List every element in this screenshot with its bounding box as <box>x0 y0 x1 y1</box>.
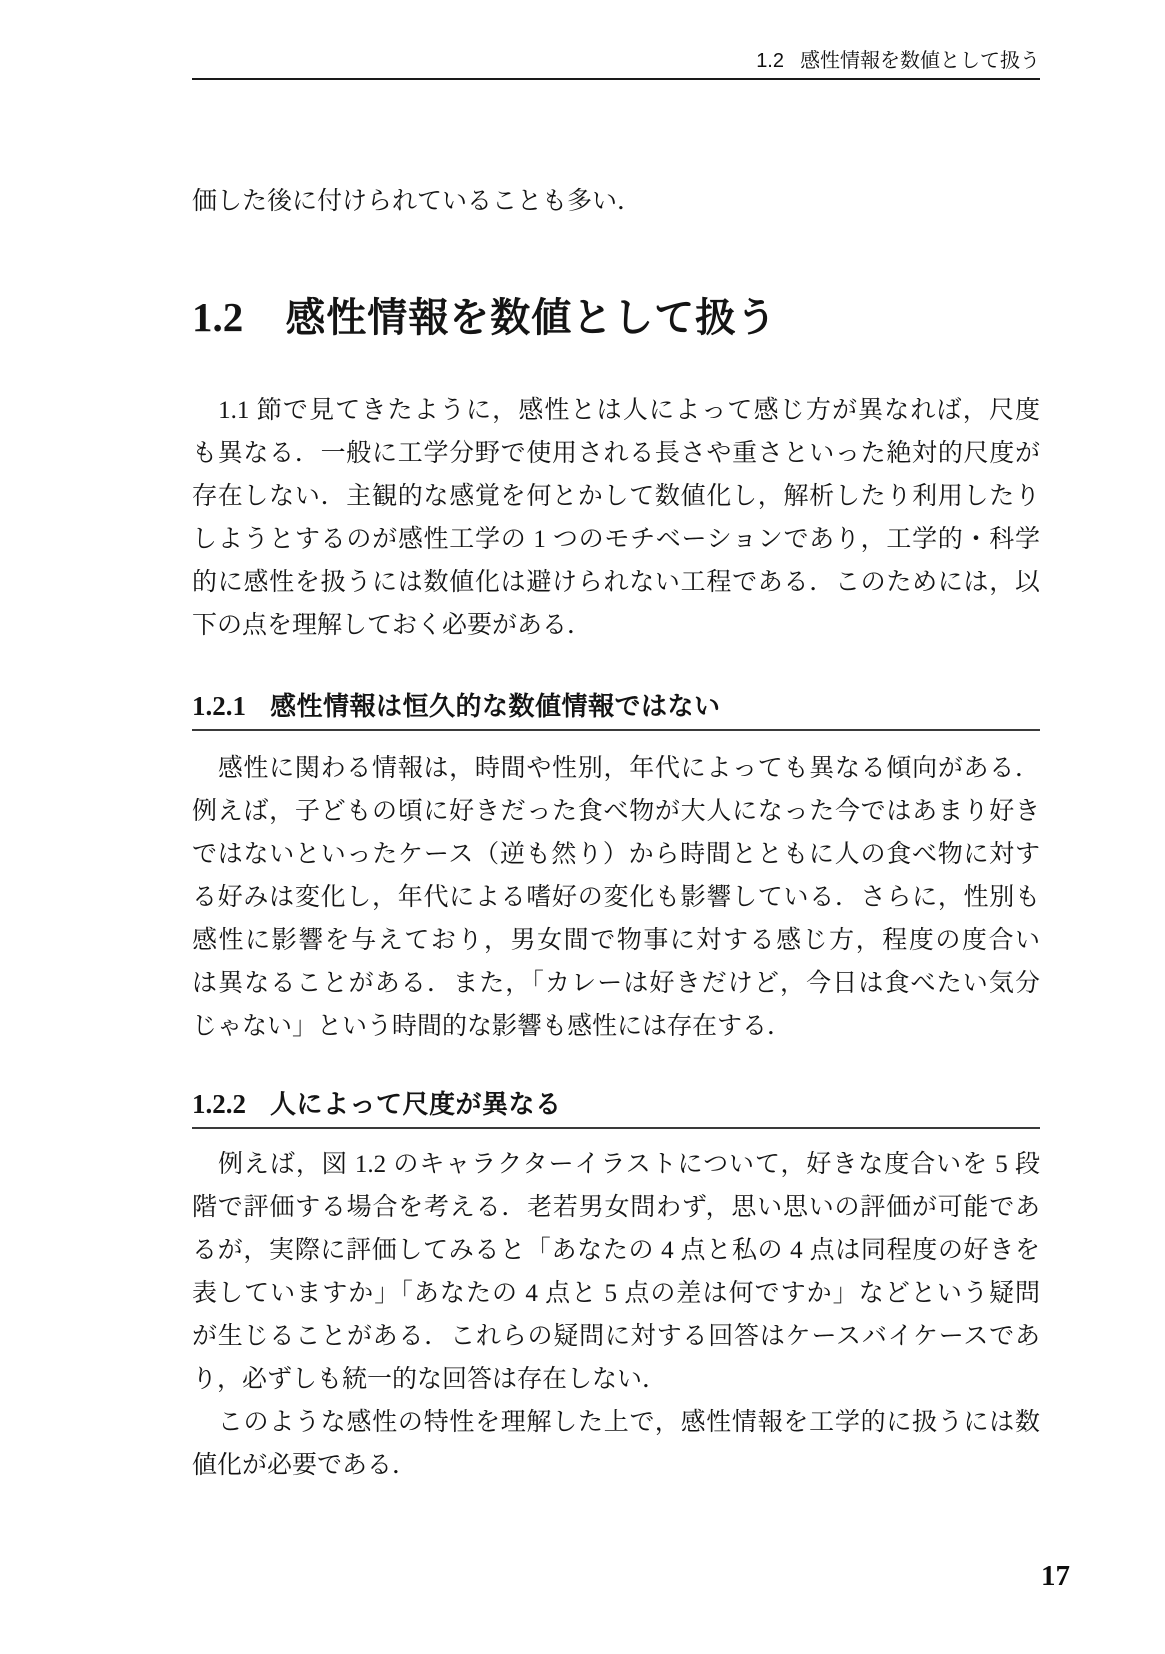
text-line: 1.1 節で見てきたように，感性とは人によって感じ方が異なれば，尺度 <box>192 389 1040 432</box>
paragraph: 1.1 節で見てきたように，感性とは人によって感じ方が異なれば，尺度も異なる．一… <box>192 389 1040 647</box>
text-line: 例えば，子どもの頃に好きだった食べ物が大人になった今ではあまり好き <box>192 790 1040 833</box>
text-line: しようとするのが感性工学の 1 つのモチベーションであり，工学的・科学 <box>192 518 1040 561</box>
text-line: 的に感性を扱うには数値化は避けられない工程である．このためには，以 <box>192 561 1040 604</box>
text-line: るが，実際に評価してみると「あなたの 4 点と私の 4 点は同程度の好きを <box>192 1229 1040 1272</box>
text-line: 階で評価する場合を考える．老若男女問わず，思い思いの評価が可能であ <box>192 1186 1040 1229</box>
running-header: 1.2感性情報を数値として扱う <box>192 46 1040 76</box>
text-line: 表していますか」「あなたの 4 点と 5 点の差は何ですか」などという疑問 <box>192 1272 1040 1315</box>
page-number: 17 <box>192 1560 1070 1593</box>
subsection-title: 感性情報は恒久的な数値情報ではない <box>270 691 721 721</box>
section-title: 感性情報を数値として扱う <box>285 296 777 340</box>
orphan-paragraph-line: 価した後に付けられていることも多い． <box>192 184 1040 220</box>
text-line: も異なる．一般に工学分野で使用される長さや重さといった絶対的尺度が <box>192 432 1040 475</box>
text-line: 値化が必要である． <box>192 1444 1040 1487</box>
subsection-number: 1.2.2 <box>192 1089 246 1119</box>
subsection-heading: 1.2.1感性情報は恒久的な数値情報ではない <box>192 688 1040 731</box>
text-line: じゃない」という時間的な影響も感性には存在する． <box>192 1005 1040 1048</box>
section-heading: 1.2感性情報を数値として扱う <box>192 286 1040 340</box>
text-line: り，必ずしも統一的な回答は存在しない． <box>192 1358 1040 1401</box>
text-line: 下の点を理解しておく必要がある． <box>192 604 1040 647</box>
text-line: が生じることがある．これらの疑問に対する回答はケースバイケースであ <box>192 1315 1040 1358</box>
book-page: 1.2感性情報を数値として扱う 価した後に付けられていることも多い． 1.2感性… <box>0 0 1165 1654</box>
header-rule <box>192 78 1040 80</box>
running-header-section-title: 感性情報を数値として扱う <box>800 50 1040 72</box>
paragraph: 例えば，図 1.2 のキャラクターイラストについて，好きな度合いを 5 段階で評… <box>192 1143 1040 1401</box>
text-line: ではないといったケース（逆も然り）から時間とともに人の食べ物に対す <box>192 833 1040 876</box>
text-line: は異なることがある．また，「カレーは好きだけど，今日は食べたい気分 <box>192 962 1040 1005</box>
section-number: 1.2 <box>192 294 243 340</box>
paragraph: 感性に関わる情報は，時間や性別，年代によっても異なる傾向がある．例えば，子どもの… <box>192 747 1040 1048</box>
subsection-number: 1.2.1 <box>192 691 246 721</box>
text-line: る好みは変化し，年代による嗜好の変化も影響している．さらに，性別も <box>192 876 1040 919</box>
running-header-section-number: 1.2 <box>756 50 784 72</box>
text-line: 例えば，図 1.2 のキャラクターイラストについて，好きな度合いを 5 段 <box>192 1143 1040 1186</box>
text-line: 感性に影響を与えており，男女間で物事に対する感じ方，程度の度合い <box>192 919 1040 962</box>
text-line: このような感性の特性を理解した上で，感性情報を工学的に扱うには数 <box>192 1401 1040 1444</box>
subsection-title: 人によって尺度が異なる <box>270 1089 562 1119</box>
text-line: 感性に関わる情報は，時間や性別，年代によっても異なる傾向がある． <box>192 747 1040 790</box>
text-line: 存在しない．主観的な感覚を何とかして数値化し，解析したり利用したり <box>192 475 1040 518</box>
paragraph: このような感性の特性を理解した上で，感性情報を工学的に扱うには数値化が必要である… <box>192 1401 1040 1487</box>
subsection-heading: 1.2.2人によって尺度が異なる <box>192 1086 1040 1129</box>
